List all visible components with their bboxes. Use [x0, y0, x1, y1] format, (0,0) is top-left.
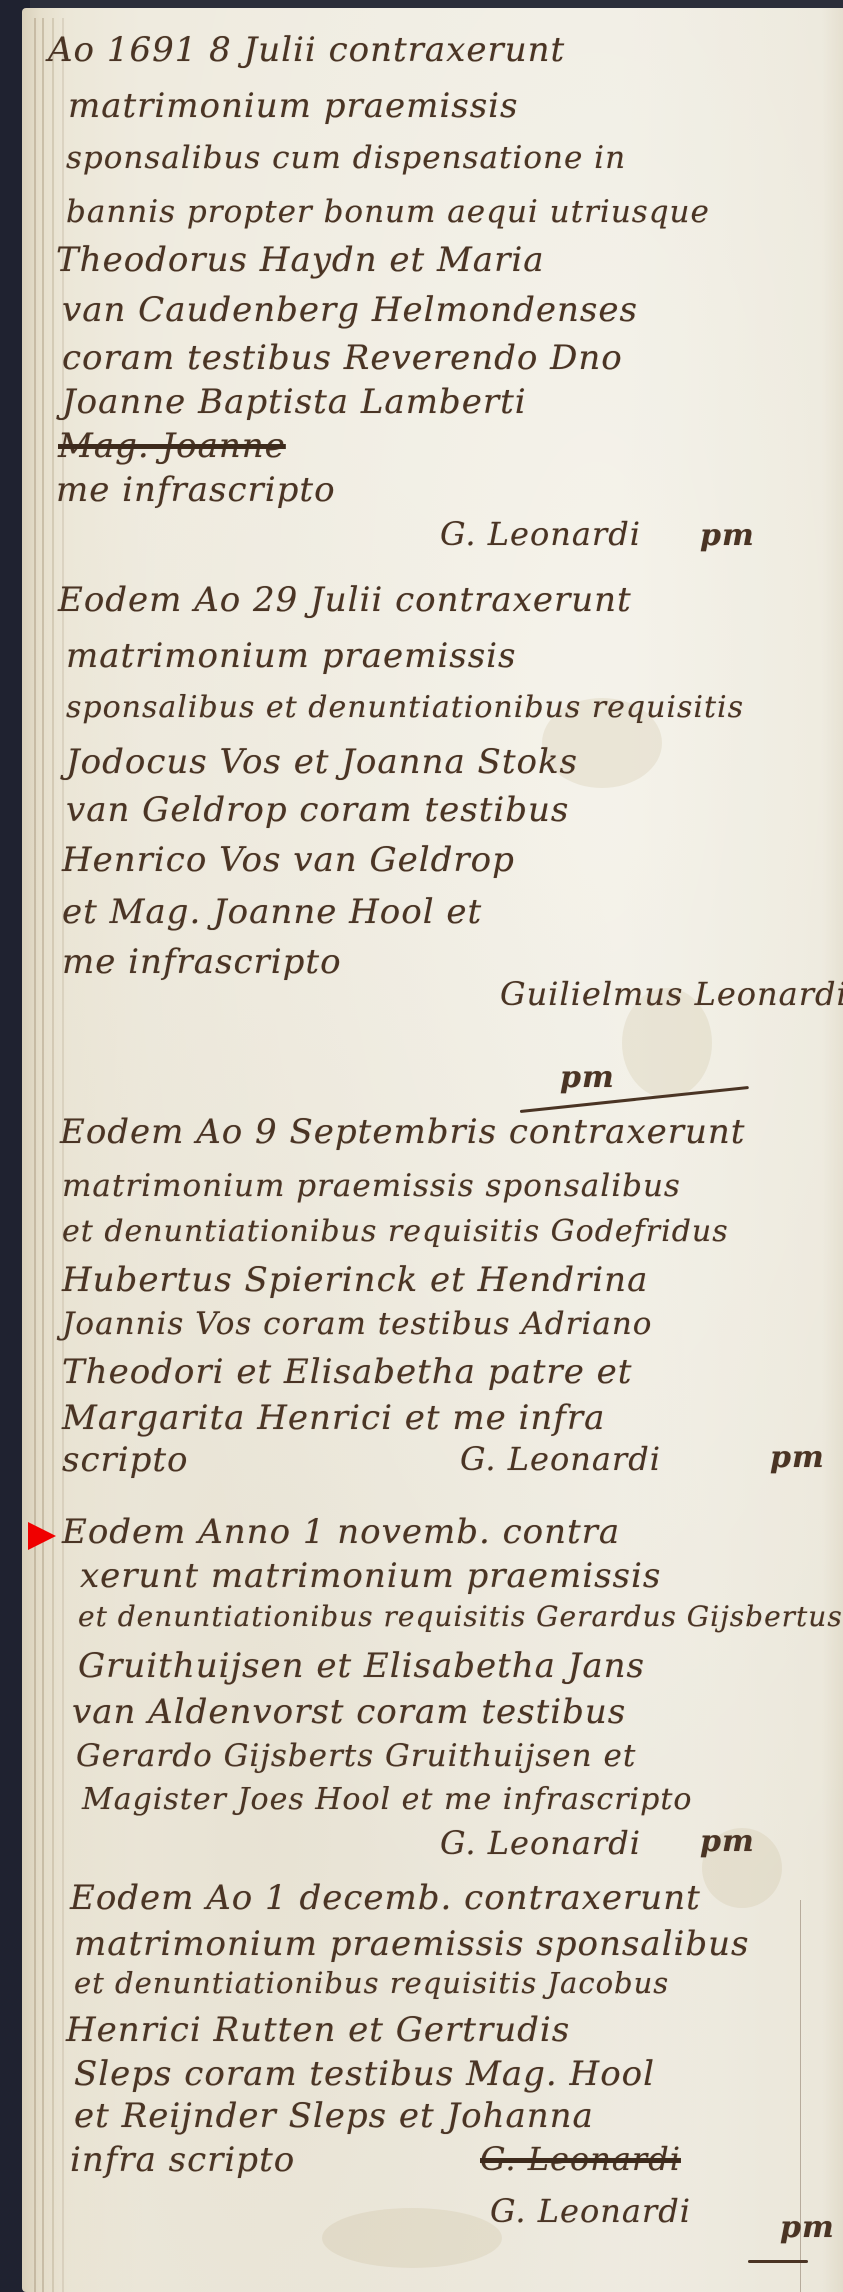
entry-line: bannis propter bonum aequi utriusque: [66, 194, 710, 230]
signature-suffix: pm: [780, 2210, 835, 2245]
entry-line: Theodori et Elisabetha patre et: [62, 1352, 632, 1392]
entry-line: me infrascripto: [56, 470, 336, 510]
entry-line: van Caudenberg Helmondenses: [62, 290, 638, 330]
entry-line: Magister Joes Hool et me infrascripto: [82, 1782, 692, 1817]
signature: G. Leonardi: [460, 1440, 661, 1478]
entry-line: et Reijnder Sleps et Johanna: [74, 2096, 594, 2136]
binding-edge-line: [52, 18, 54, 2292]
entry-line: Margarita Henrici et me infra: [62, 1398, 605, 1438]
entry-line: scripto: [62, 1440, 189, 1480]
binding-edge-line: [34, 18, 36, 2292]
signature-suffix: pm: [700, 1824, 755, 1859]
entry-line: matrimonium praemissis sponsalibus: [74, 1924, 749, 1964]
document-scan: Ao 1691 8 Julii contraxerunt matrimonium…: [0, 0, 843, 2292]
entry-line: Theodorus Haydn et Maria: [56, 240, 544, 280]
entry-line: Eodem Ao 9 Septembris contraxerunt: [60, 1112, 745, 1152]
entry-line: Henrici Rutten et Gertrudis: [66, 2010, 570, 2050]
signature-suffix: pm: [770, 1440, 825, 1475]
entry-line: Gruithuijsen et Elisabetha Jans: [78, 1646, 645, 1686]
entry-line: Joannis Vos coram testibus Adriano: [62, 1306, 652, 1342]
paper-stain: [322, 2208, 502, 2268]
entry-line: Gerardo Gijsberts Gruithuijsen et: [76, 1738, 636, 1774]
signature: Guilielmus Leonardi p: [500, 975, 843, 1013]
signature: G. Leonardi: [440, 515, 641, 553]
struck-text: G. Leonardi: [480, 2140, 681, 2178]
entry-line: xerunt matrimonium praemissis: [80, 1556, 661, 1596]
entry-line: matrimonium praemissis: [68, 86, 518, 126]
entry-line: et denuntiationibus requisitis Jacobus: [74, 1966, 669, 2000]
entry-line: Eodem Anno 1 novemb. contra: [62, 1512, 620, 1552]
signature-suffix: pm: [700, 518, 755, 553]
red-triangle-marker-icon: [28, 1522, 56, 1550]
entry-line: Eodem Ao 1 decemb. contraxerunt: [70, 1878, 701, 1918]
signature-flourish: [748, 2260, 808, 2263]
entry-line: infra scripto: [70, 2140, 295, 2180]
struck-text: Mag. Joanne: [58, 426, 286, 466]
entry-line: matrimonium praemissis sponsalibus: [62, 1168, 681, 1204]
signature: G. Leonardi: [490, 2192, 691, 2230]
entry-line: Sleps coram testibus Mag. Hool: [74, 2054, 655, 2094]
entry-line: Hubertus Spierinck et Hendrina: [62, 1260, 648, 1300]
entry-line: Henrico Vos van Geldrop: [62, 840, 515, 880]
entry-line: van Aldenvorst coram testibus: [72, 1692, 626, 1732]
entry-line: sponsalibus cum dispensatione in: [66, 140, 626, 176]
binding-edge-line: [42, 18, 44, 2292]
signature-suffix: pm: [560, 1060, 615, 1095]
entry-line: Mag. Joanne: [58, 426, 286, 466]
entry-line: matrimonium praemissis: [66, 636, 516, 676]
entry-line: et denuntiationibus requisitis Godefridu…: [62, 1214, 729, 1249]
entry-line: Joanne Baptista Lamberti: [62, 382, 527, 422]
entry-line: me infrascripto: [62, 942, 342, 982]
signature: G. Leonardi: [440, 1824, 641, 1862]
entry-line: coram testibus Reverendo Dno: [62, 338, 623, 378]
entry-line: van Geldrop coram testibus: [66, 790, 569, 830]
entry-line: et Mag. Joanne Hool et: [62, 892, 482, 932]
entry-line: Ao 1691 8 Julii contraxerunt: [48, 30, 565, 70]
entry-line: Jodocus Vos et Joanna Stoks: [66, 742, 578, 782]
book-top-edge: [30, 0, 843, 8]
struck-signature: G. Leonardi: [480, 2140, 681, 2178]
entry-line: et denuntiationibus requisitis Gerardus …: [78, 1600, 843, 1633]
entry-line: sponsalibus et denuntiationibus requisit…: [66, 690, 744, 725]
entry-line: Eodem Ao 29 Julii contraxerunt: [58, 580, 632, 620]
